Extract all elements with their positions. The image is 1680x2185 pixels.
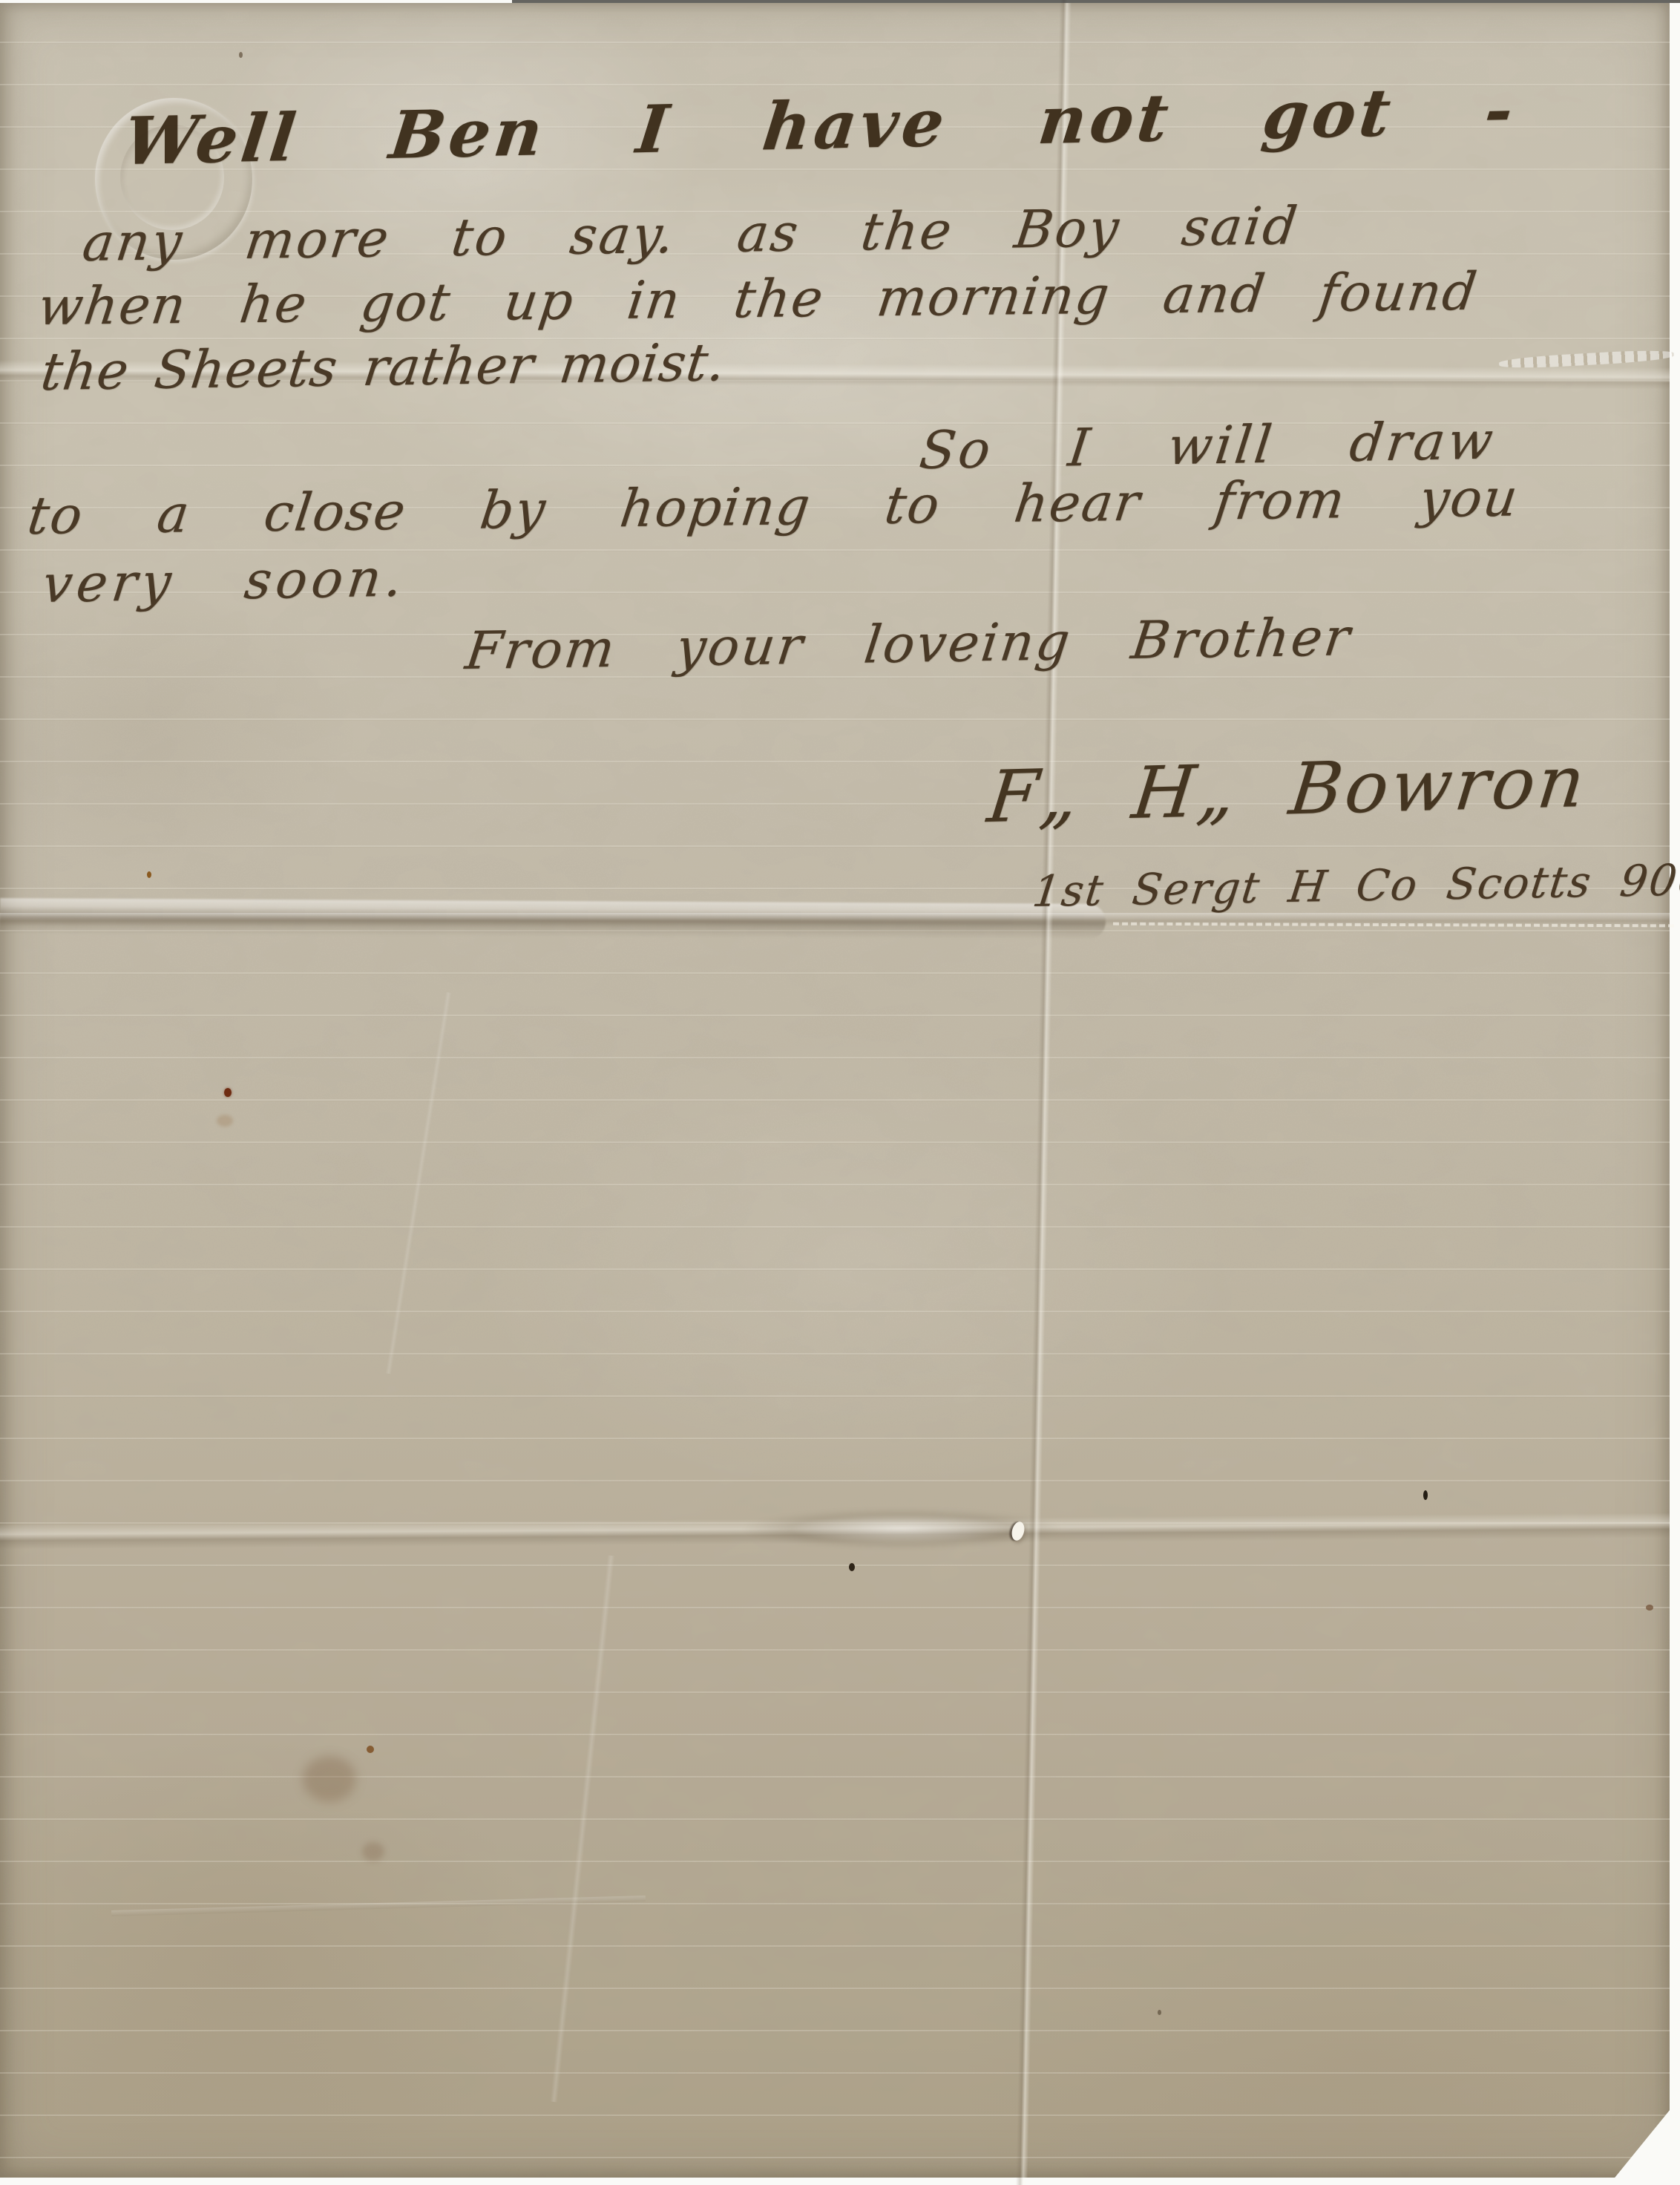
scanned-letter: Well Ben I have not got - any more to sa…: [0, 0, 1680, 2185]
handwriting-line-2: any more to say. as the Boy said: [80, 200, 1302, 269]
handwriting-line-6: to a close by hoping to hear from you: [25, 471, 1522, 542]
minor-crease-3: [385, 992, 451, 1375]
foxing-smudge-2: [362, 1842, 384, 1861]
minor-crease-1: [550, 1556, 614, 2103]
foxing-dot: [367, 1746, 374, 1753]
rank-line: 1st Sergt H Co Scotts 900: [1030, 858, 1680, 913]
handwriting-line-5: So I will draw: [917, 414, 1499, 476]
rust-stain-halo: [217, 1115, 233, 1127]
fold-crease-top-right-tear: [1499, 348, 1675, 370]
handwriting-line-7: very soon.: [40, 551, 410, 610]
fold-crease-lower: [0, 1513, 1670, 1550]
handwriting-line-3: when he got up in the morning and found: [35, 266, 1480, 332]
fold-crease-vertical: [1016, 0, 1072, 2185]
ink-speck-6: [1158, 2010, 1161, 2015]
minor-crease-2: [111, 1896, 646, 1916]
fold-crease-middle-stitch-highlight: [1113, 923, 1674, 928]
ink-speck-2: [1423, 1490, 1428, 1500]
letter-page: Well Ben I have not got - any more to sa…: [0, 3, 1670, 2178]
handwriting-line-8: From your loveing Brother: [463, 611, 1355, 677]
fold-crease-lower-bump: [742, 1508, 1061, 1550]
ink-speck-1: [849, 1563, 855, 1571]
rust-stain-dot: [224, 1088, 232, 1097]
ink-speck-5: [239, 52, 243, 58]
paper-pinhole: [1010, 1520, 1026, 1542]
ink-speck-4: [147, 871, 151, 878]
signature-line: F„ H„ Bowron: [985, 746, 1592, 833]
fold-crease-middle: [0, 913, 1670, 926]
handwriting-line-1: Well Ben I have not got -: [121, 76, 1520, 174]
scan-edge-shadow-top: [512, 0, 1680, 3]
ink-speck-3: [1646, 1605, 1653, 1611]
foxing-smudge-1: [303, 1756, 356, 1802]
handwriting-line-4: the Sheets rather moist.: [39, 336, 729, 398]
fold-crease-middle-shadow: [0, 898, 1106, 940]
